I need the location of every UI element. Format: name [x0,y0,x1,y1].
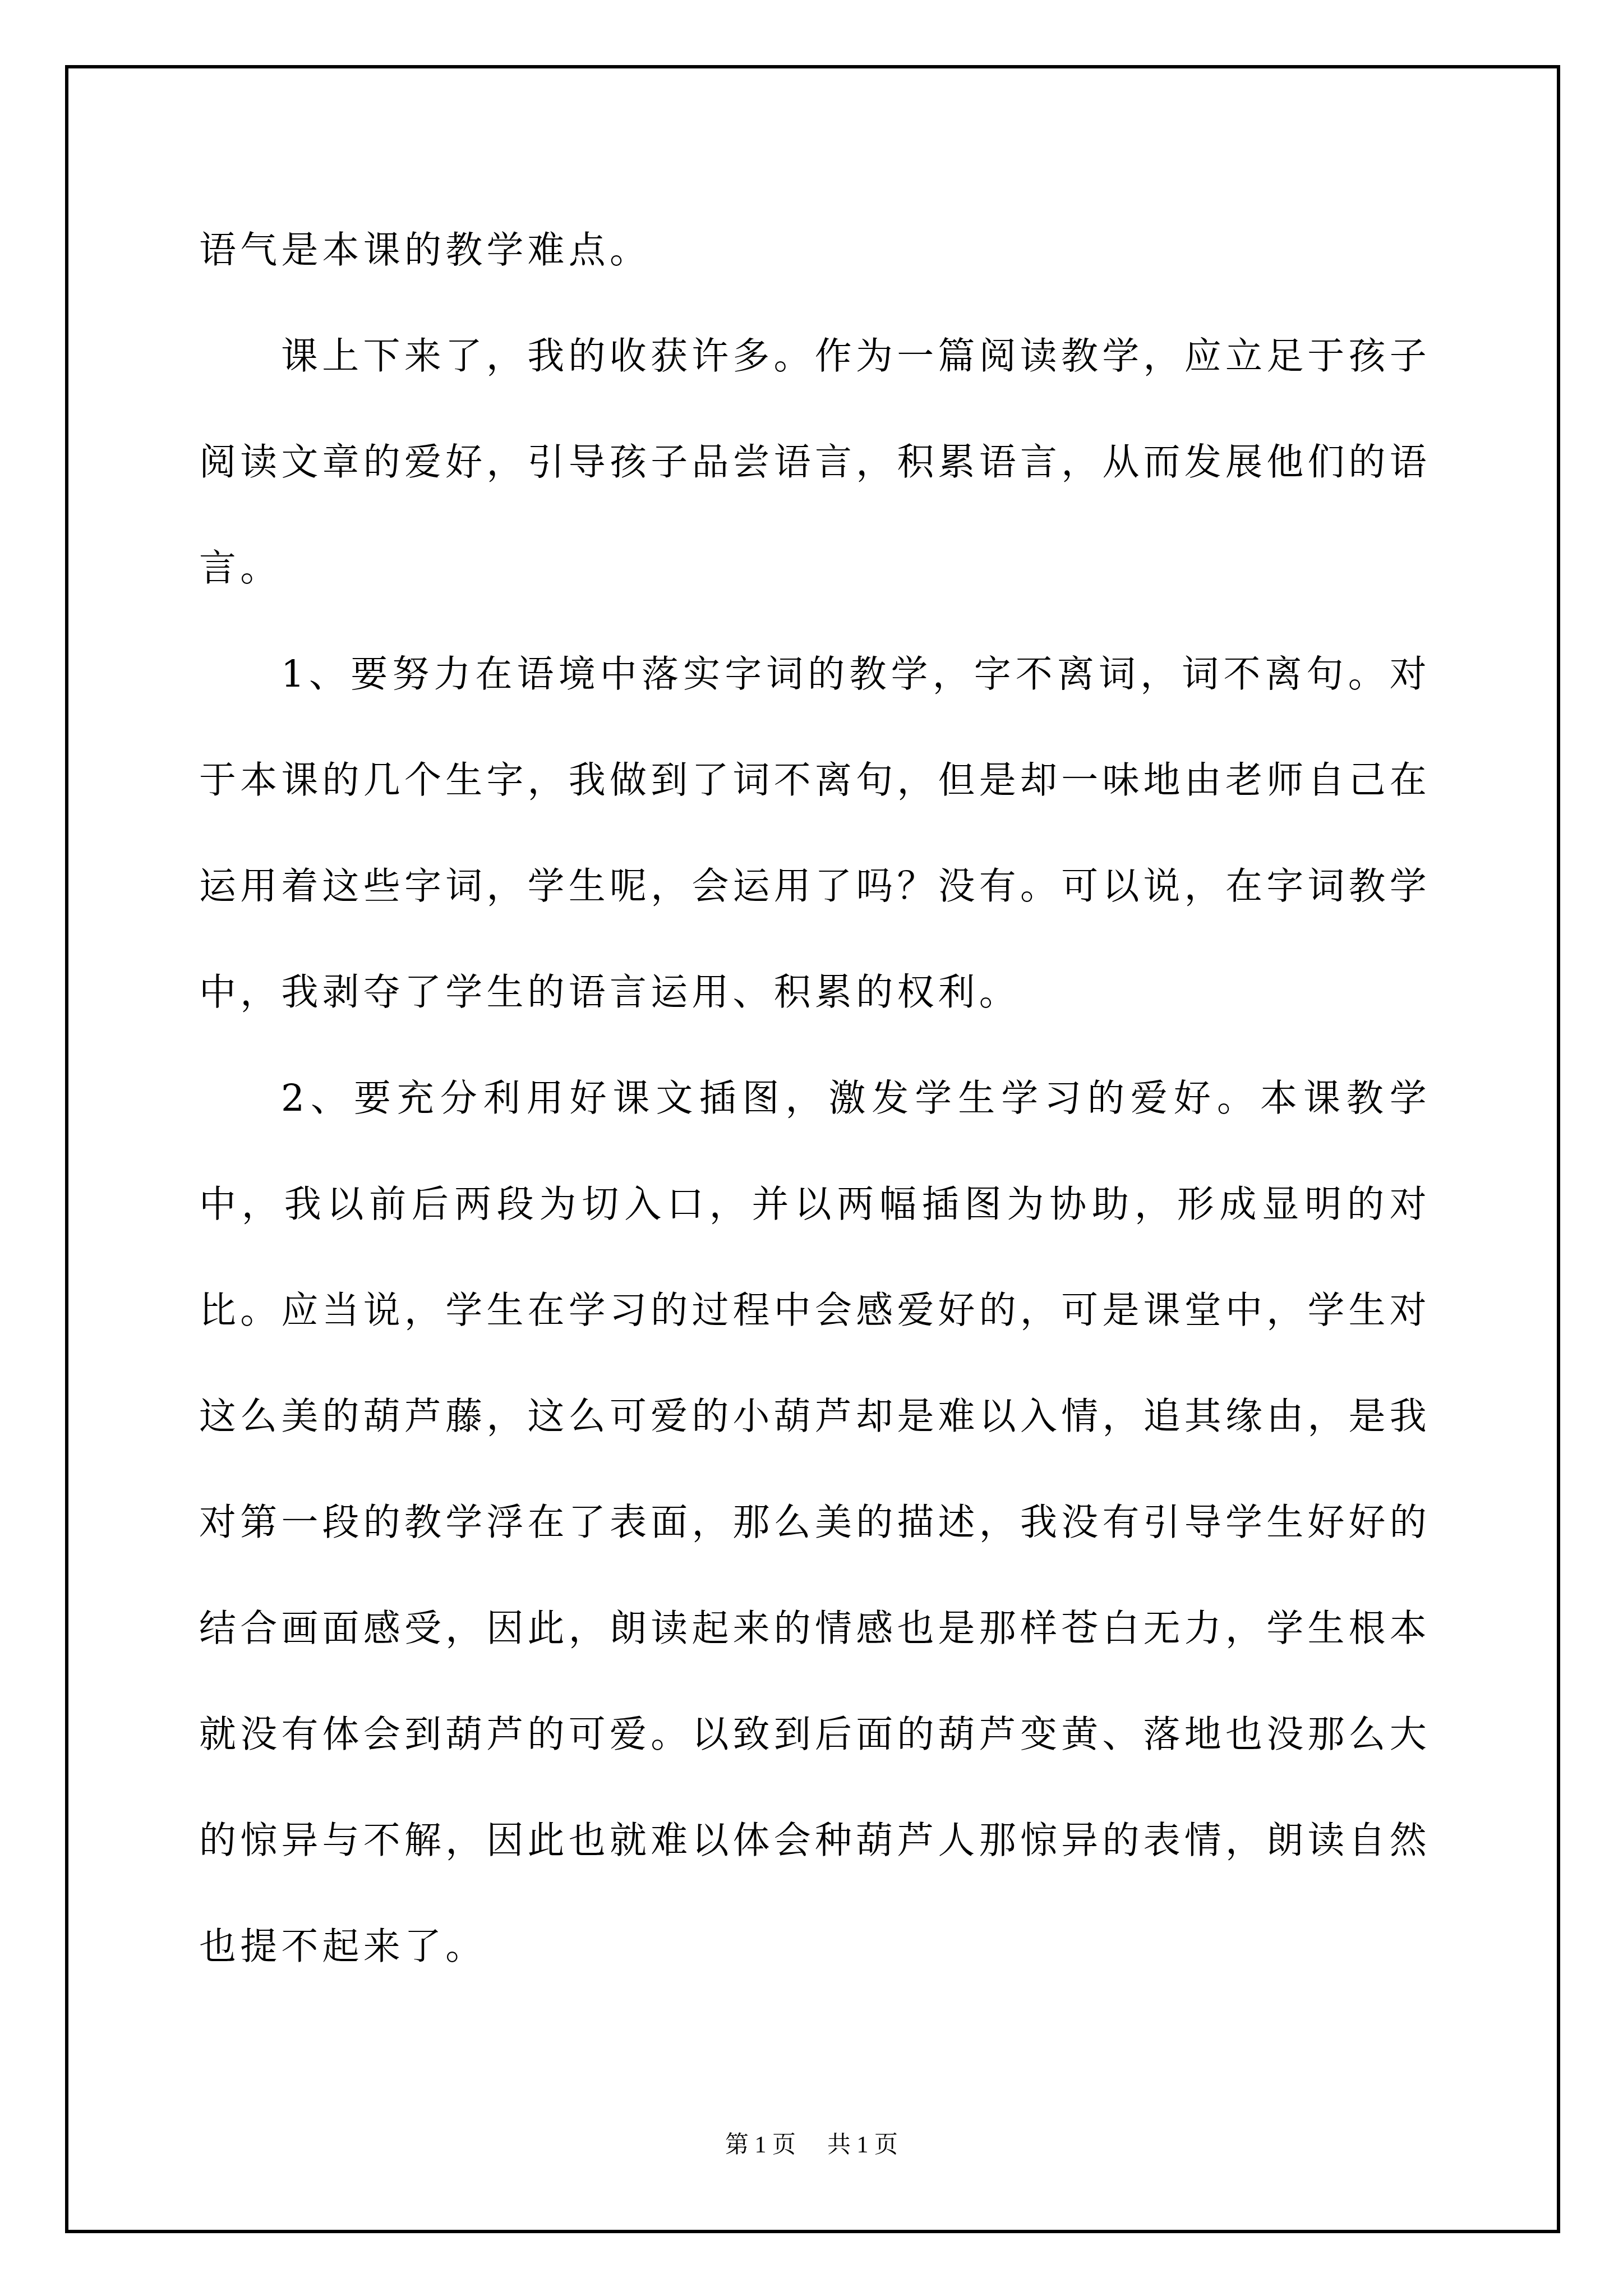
paragraph-3: 1、要努力在语境中落实字词的教学，字不离词，词不离句。对于本课的几个生字，我做到… [199,621,1431,1045]
paragraph-1: 语气是本课的教学难点。 [199,197,1431,303]
current-page-label: 第 1 页 [725,2129,796,2161]
paragraph-4: 2、要充分利用好课文插图，激发学生学习的爱好。本课教学中，我以前后两段为切入口，… [199,1045,1431,1999]
document-body: 语气是本课的教学难点。 课上下来了，我的收获许多。作为一篇阅读教学，应立足于孩子… [199,197,1431,1999]
paragraph-2: 课上下来了，我的收获许多。作为一篇阅读教学，应立足于孩子阅读文章的爱好，引导孩子… [199,303,1431,621]
total-pages-label: 共 1 页 [827,2129,898,2161]
page-footer: 第 1 页共 1 页 [0,2129,1623,2161]
